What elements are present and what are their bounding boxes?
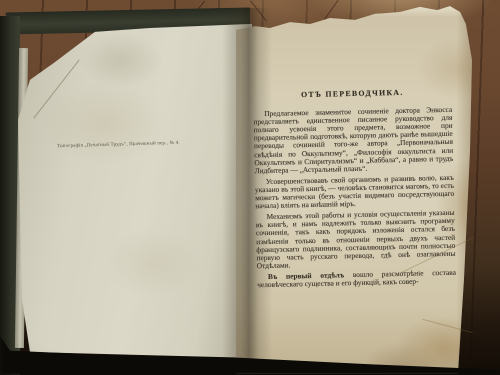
book-photo: Типографія „Печатный Трудъ“, Прачешный п… — [0, 0, 500, 375]
photo-vignette — [0, 0, 500, 375]
